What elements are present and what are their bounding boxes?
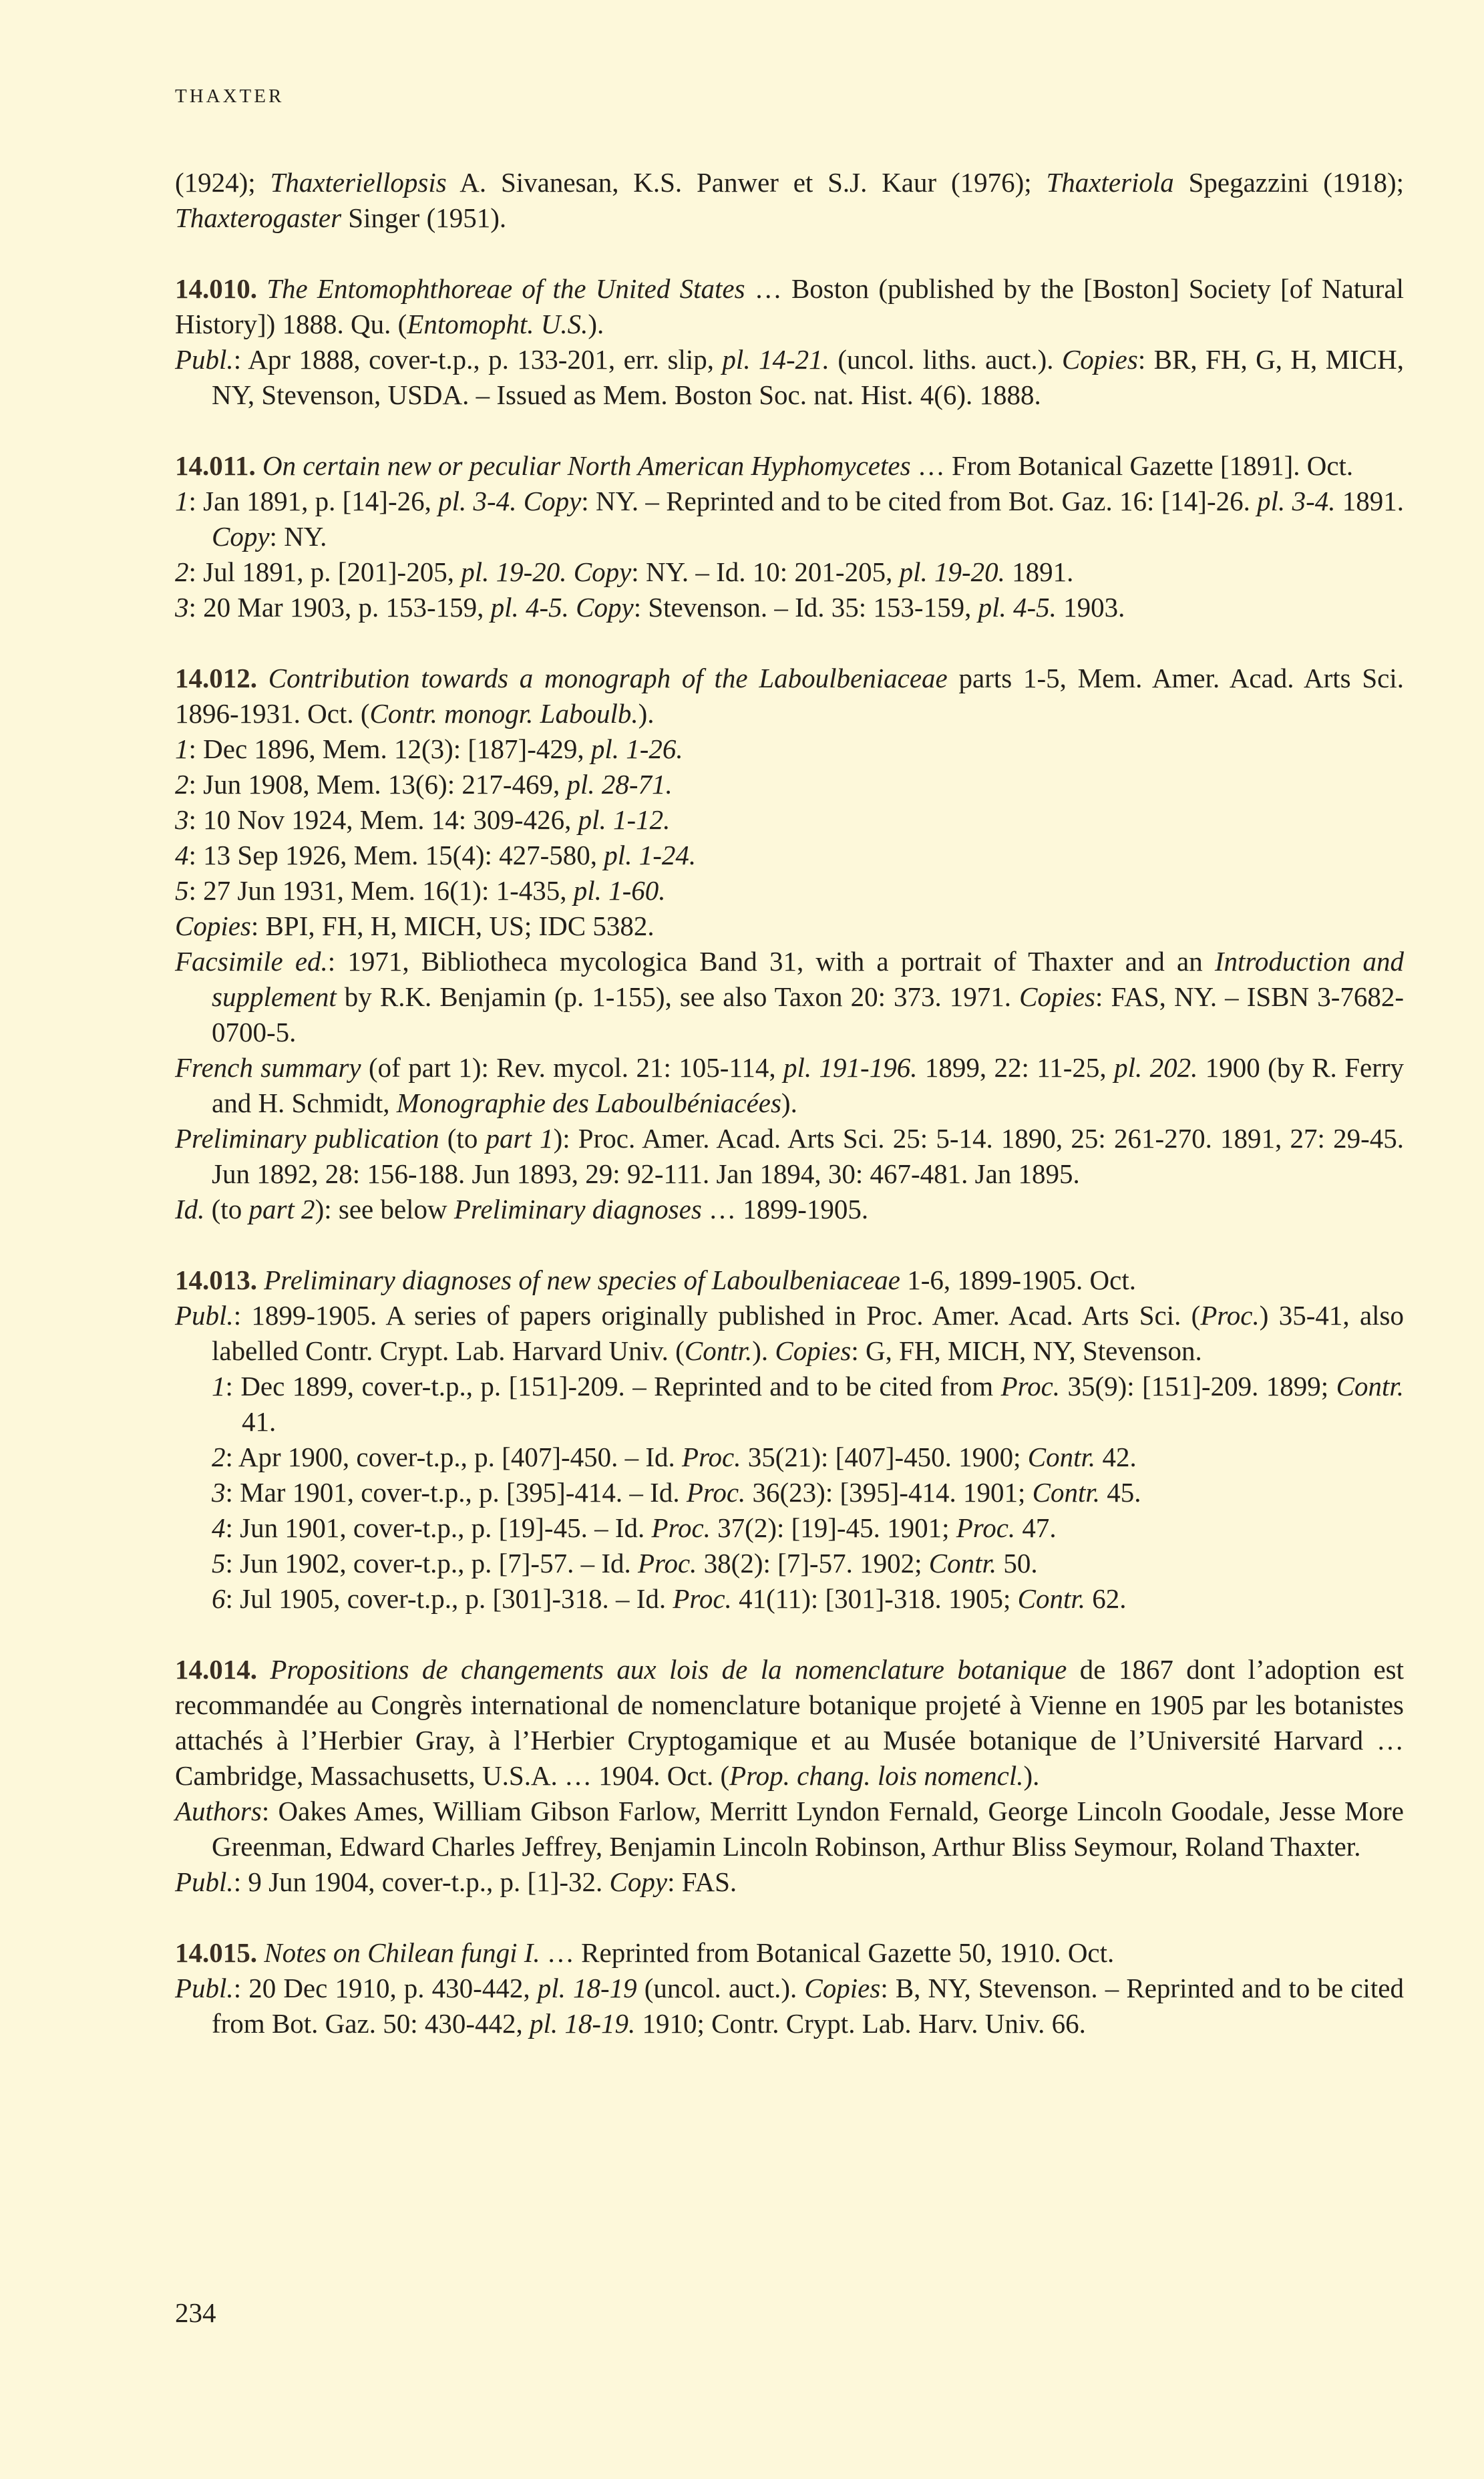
entry-number: 14.010. xyxy=(175,273,257,304)
page-number: 234 xyxy=(175,2297,216,2329)
entry-title: Propositions de changements aux lois de … xyxy=(270,1654,1067,1685)
entry-part-2: 2: Apr 1900, cover-t.p., p. [407]-450. –… xyxy=(175,1440,1404,1475)
entry-publication: Publ.: 1899-1905. A series of papers ori… xyxy=(175,1298,1404,1369)
entry-part-5: 5: Jun 1902, cover-t.p., p. [7]-57. – Id… xyxy=(175,1546,1404,1581)
entry-part-2: 2: Jun 1908, Mem. 13(6): 217-469, pl. 28… xyxy=(175,767,1404,802)
entry-number: 14.014. xyxy=(175,1654,257,1685)
entry-part-3: 3: 20 Mar 1903, p. 153-159, pl. 4-5. Cop… xyxy=(175,590,1404,625)
entry-number: 14.013. xyxy=(175,1265,257,1295)
entry-part-1: 1: Dec 1899, cover-t.p., p. [151]-209. –… xyxy=(175,1369,1404,1440)
entry-part-1: 1: Jan 1891, p. [14]-26, pl. 3-4. Copy: … xyxy=(175,484,1404,554)
entry-title: Preliminary diagnoses of new species of … xyxy=(264,1265,900,1295)
entry-publication: Publ.: 20 Dec 1910, p. 430-442, pl. 18-1… xyxy=(175,1971,1404,2041)
entry-number: 14.011. xyxy=(175,450,256,481)
entry-14-010: 14.010. The Entomophthoreae of the Unite… xyxy=(175,271,1404,413)
entry-part-5: 5: 27 Jun 1931, Mem. 16(1): 1-435, pl. 1… xyxy=(175,873,1404,908)
entry-part-6: 6: Jul 1905, cover-t.p., p. [301]-318. –… xyxy=(175,1581,1404,1617)
intro-paragraph: (1924); Thaxteriellopsis A. Sivanesan, K… xyxy=(175,165,1404,236)
entry-part-1: 1: Dec 1896, Mem. 12(3): [187]-429, pl. … xyxy=(175,731,1404,767)
entry-14-014: 14.014. Propositions de changements aux … xyxy=(175,1652,1404,1900)
entry-part-3: 3: Mar 1901, cover-t.p., p. [395]-414. –… xyxy=(175,1475,1404,1510)
entry-part-2: 2: Jul 1891, p. [201]-205, pl. 19-20. Co… xyxy=(175,554,1404,590)
entry-heading: 14.011. On certain new or peculiar North… xyxy=(175,448,1404,484)
entry-part-4: 4: 13 Sep 1926, Mem. 15(4): 427-580, pl.… xyxy=(175,838,1404,873)
entry-title: On certain new or peculiar North America… xyxy=(262,450,911,481)
entry-preliminary-publication: Preliminary publication (to part 1): Pro… xyxy=(175,1121,1404,1192)
entry-part-3: 3: 10 Nov 1924, Mem. 14: 309-426, pl. 1-… xyxy=(175,802,1404,838)
entry-publication: Publ.: 9 Jun 1904, cover-t.p., p. [1]-32… xyxy=(175,1864,1404,1900)
entry-publication: Publ.: Apr 1888, cover-t.p., p. 133-201,… xyxy=(175,342,1404,413)
entry-14-013: 14.013. Preliminary diagnoses of new spe… xyxy=(175,1263,1404,1617)
entry-heading: 14.015. Notes on Chilean fungi I. … Repr… xyxy=(175,1935,1404,1971)
entry-heading: 14.013. Preliminary diagnoses of new spe… xyxy=(175,1263,1404,1298)
entry-title: The Entomophthoreae of the United States xyxy=(266,273,745,304)
body-text: (1924); Thaxteriellopsis A. Sivanesan, K… xyxy=(175,165,1404,2041)
running-head: THAXTER xyxy=(175,86,284,108)
entry-14-011: 14.011. On certain new or peculiar North… xyxy=(175,448,1404,625)
entry-authors: Authors: Oakes Ames, William Gibson Farl… xyxy=(175,1794,1404,1864)
entry-part-4: 4: Jun 1901, cover-t.p., p. [19]-45. – I… xyxy=(175,1510,1404,1546)
entry-14-012: 14.012. Contribution towards a monograph… xyxy=(175,661,1404,1227)
entry-heading: 14.012. Contribution towards a monograph… xyxy=(175,661,1404,731)
entry-heading: 14.014. Propositions de changements aux … xyxy=(175,1652,1404,1794)
entry-number: 14.012. xyxy=(175,663,257,693)
entry-title: Notes on Chilean fungi I. xyxy=(264,1937,540,1968)
entry-heading: 14.010. The Entomophthoreae of the Unite… xyxy=(175,271,1404,342)
entry-number: 14.015. xyxy=(175,1937,257,1968)
entry-french-summary: French summary (of part 1): Rev. mycol. … xyxy=(175,1050,1404,1121)
entry-copies: Copies: BPI, FH, H, MICH, US; IDC 5382. xyxy=(175,908,1404,944)
entry-facsimile: Facsimile ed.: 1971, Bibliotheca mycolog… xyxy=(175,944,1404,1050)
entry-14-015: 14.015. Notes on Chilean fungi I. … Repr… xyxy=(175,1935,1404,2041)
entry-title: Contribution towards a monograph of the … xyxy=(268,663,948,693)
entry-id-note: Id. (to part 2): see below Preliminary d… xyxy=(175,1192,1404,1227)
